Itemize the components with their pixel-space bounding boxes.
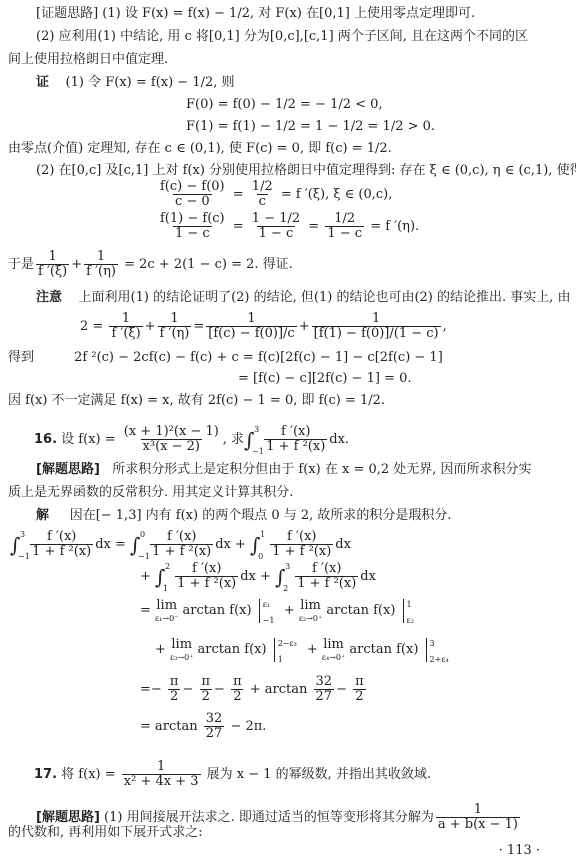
lim: lim <box>171 637 192 653</box>
numerator: f(1) − f(c) <box>158 212 227 226</box>
denominator: a + b(x − 1) <box>436 817 520 832</box>
numerator: π <box>353 675 366 689</box>
text: dx. <box>329 432 349 447</box>
text: 上面利用(1) 的结论证明了(2) 的结论, 但(1) 的结论也可由(2) 的结… <box>79 290 571 305</box>
text: (2) 在[0,c] 及[c,1] 上对 f(x) 分别使用拉格朗日中值定理得到… <box>36 163 576 178</box>
hint-line-3: 间上使用拉格朗日中值定理. <box>8 52 168 68</box>
integral-sign: ∫10 <box>250 535 264 555</box>
lim: lim <box>156 598 177 614</box>
text: (1) 令 F(x) = f(x) − 1/2, 则 <box>66 75 235 90</box>
fraction: f(1) − f(c)1 − c <box>158 212 227 241</box>
integral-sign: ∫21 <box>155 567 169 587</box>
text: arctan f(x) <box>198 642 267 657</box>
denominator: 1 − c <box>173 226 212 241</box>
numerator: f ′(x) <box>285 530 318 544</box>
text: arctan f(x) <box>349 642 418 657</box>
denominator: c − 0 <box>173 194 212 209</box>
hint-16-line-1: [解题思路] 所求积分形式上是定积分但由于 f(x) 在 x = 0,2 处无界… <box>36 462 532 478</box>
denominator: 27 <box>204 726 225 741</box>
solution-16-line: 解 因在[− 1,3] 内有 f(x) 的两个瑕点 0 与 2, 故所求的积分是… <box>36 508 452 524</box>
denominator: f ′(ξ) <box>109 326 142 341</box>
numerator: f ′(x) <box>190 562 223 576</box>
part2-line: (2) 在[0,c] 及[c,1] 上对 f(x) 分别使用拉格朗日中值定理得到… <box>36 163 576 179</box>
fraction: f ′(x)1 + f ²(x) <box>264 425 327 454</box>
denominator: [f(c) − f(0)]/c <box>206 326 296 341</box>
fraction: π2 <box>353 675 366 704</box>
lower: −1 <box>263 613 275 629</box>
numerator: 1/2 <box>250 180 275 194</box>
numerator: f ′(x) <box>45 530 78 544</box>
text: arctan f(x) <box>326 603 395 618</box>
text: 得到 <box>8 350 34 365</box>
numerator: 1/2 <box>332 212 357 226</box>
fraction: f(c) − f(0)c − 0 <box>158 180 227 209</box>
limit: limε₂→0⁺ <box>299 598 322 623</box>
denominator: 2 <box>353 689 365 704</box>
text: = 2c + 2(1 − c) = 2. 得证. <box>124 257 293 272</box>
text: dx <box>360 569 376 584</box>
denominator: 1 + f ²(x) <box>264 439 327 454</box>
problem-17: 17. 将 f(x) = 1x² + 4x + 3 展为 x − 1 的幂级数,… <box>34 760 431 789</box>
numerator: f ′(x) <box>165 530 198 544</box>
limit-sub: ε₄→0⁺ <box>322 653 345 662</box>
denominator: x² + 4x + 3 <box>122 774 201 789</box>
fraction: 1x² + 4x + 3 <box>122 760 201 789</box>
conclusion-line: 于是1f ′(ξ)+1f ′(η) = 2c + 2(1 − c) = 2. 得… <box>8 250 293 279</box>
denominator: 2 <box>200 689 212 704</box>
denominator: 1 + f ²(x) <box>175 576 238 591</box>
text: = [f(c) − c][2f(c) − 1] = 0. <box>238 371 411 386</box>
text: , 求 <box>223 432 244 447</box>
lower: 2+ε₄ <box>430 652 449 668</box>
hint-line-1: [证题思路] (1) 设 F(x) = f(x) − 1/2, 对 F(x) 在… <box>36 6 475 22</box>
text: 将 f(x) = <box>61 767 115 782</box>
fraction: 1a + b(x − 1) <box>436 803 520 832</box>
text: (1) 用间接展开法求之. 即通过适当的恒等变形将其分解为 <box>104 810 434 825</box>
fraction: 1f ′(ξ) <box>109 312 142 341</box>
numerator: 32 <box>314 675 335 689</box>
text: 间上使用拉格朗日中值定理. <box>8 52 168 67</box>
denominator: 27 <box>314 689 335 704</box>
text: F(1) = f(1) − 1/2 = 1 − 1/2 = 1/2 > 0. <box>186 119 435 134</box>
fraction: 1/2c <box>250 180 275 209</box>
integral-sign: ∫0−1 <box>130 535 144 555</box>
fraction: f ′(x)1 + f ²(x) <box>30 530 93 559</box>
numerator: 1 <box>245 312 257 326</box>
numerator: 1 <box>46 250 58 264</box>
numerator: π <box>168 675 181 689</box>
upper: 1 <box>407 597 412 613</box>
hint-label: [解题思路] <box>36 810 100 825</box>
text: 于是 <box>8 257 34 272</box>
text: 2 = <box>80 319 103 334</box>
final-remark-line: 因 f(x) 不一定满足 f(x) = x, 故有 2f(c) − 1 = 0,… <box>8 393 385 409</box>
fraction: 1[f(c) − f(0)]/c <box>206 312 296 341</box>
denominator: 2 <box>231 689 243 704</box>
note-line: 注意 上面利用(1) 的结论证明了(2) 的结论, 但(1) 的结论也可由(2)… <box>36 290 571 306</box>
numerator: 1 <box>472 803 484 817</box>
text: 质上是无界函数的反常积分. 用其定义计算其积分. <box>8 485 293 500</box>
text: arctan f(x) <box>183 603 252 618</box>
text: = f ′(η). <box>370 219 419 234</box>
denominator: f ′(η) <box>158 326 192 341</box>
denominator: c <box>257 194 268 209</box>
denominator: 1 + f ²(x) <box>295 576 358 591</box>
problem-16: 16. 设 f(x) = (x + 1)²(x − 1)x³(x − 2), 求… <box>34 425 349 454</box>
fraction: π2 <box>231 675 244 704</box>
fraction: 3227 <box>204 712 225 741</box>
derived-line-1: 得到 2f ²(c) − 2cf(c) − f(c) + c = f(c)[2f… <box>8 350 443 366</box>
numerator: f ′(x) <box>279 425 312 439</box>
hint-line-2: (2) 应利用(1) 中结论, 用 c 将[0,1] 分为[0,c],[c,1]… <box>36 29 528 45</box>
numerator: 32 <box>204 712 225 726</box>
text: dx <box>335 537 351 552</box>
limit-line-2: + limε₃→0⁺ arctan f(x) 2−ε₃1 + limε₄→0⁺ … <box>155 637 447 662</box>
text: 设 f(x) = <box>61 432 115 447</box>
numerator: (x + 1)²(x − 1) <box>122 425 221 439</box>
lim: lim <box>323 637 344 653</box>
numerator: 1 − 1/2 <box>250 212 302 226</box>
limit-line-1: = limε₁→0⁻ arctan f(x) ε₁−1 + limε₂→0⁺ a… <box>140 598 424 623</box>
equation-F0: F(0) = f(0) − 1/2 = − 1/2 < 0, <box>186 97 383 113</box>
result-line-2: = arctan 3227 − 2π. <box>140 712 266 741</box>
text: dx <box>215 537 231 552</box>
solution-label: 解 <box>36 508 49 523</box>
hint-16-line-2: 质上是无界函数的反常积分. 用其定义计算其积分. <box>8 485 293 501</box>
numerator: π <box>200 675 213 689</box>
integral-sign: ∫32 <box>275 567 289 587</box>
denominator: 1 − c <box>325 226 364 241</box>
fraction: 1f ′(η) <box>84 250 118 279</box>
limit: limε₁→0⁻ <box>155 598 178 623</box>
equation-note: 2 = 1f ′(ξ)+1f ′(η)=1[f(c) − f(0)]/c+1[f… <box>80 312 447 341</box>
fraction: π2 <box>168 675 181 704</box>
lim: lim <box>300 598 321 614</box>
proof-label: 证 <box>36 75 49 90</box>
fraction: f ′(x)1 + f ²(x) <box>150 530 213 559</box>
text: 因在[− 1,3] 内有 f(x) 的两个瑕点 0 与 2, 故所求的积分是瑕积… <box>70 508 452 523</box>
limit: limε₄→0⁺ <box>322 637 345 662</box>
limit-sub: ε₁→0⁻ <box>155 614 178 623</box>
denominator: f ′(ξ) <box>36 264 69 279</box>
numerator: f ′(x) <box>310 562 343 576</box>
fraction: 1f ′(ξ) <box>36 250 69 279</box>
limit-sub: ε₂→0⁺ <box>299 614 322 623</box>
text: F(0) = f(0) − 1/2 = − 1/2 < 0, <box>186 97 383 112</box>
equation-mvt-1: f(c) − f(0)c − 0 = 1/2c = f ′(ξ), ξ ∈ (0… <box>156 180 392 209</box>
lower: ε₂ <box>407 613 414 629</box>
proof-line-1: 证 (1) 令 F(x) = f(x) − 1/2, 则 <box>36 75 235 91</box>
denominator: 1 + f ²(x) <box>270 544 333 559</box>
numerator: π <box>231 675 244 689</box>
hint-label: [解题思路] <box>36 462 100 477</box>
denominator: [f(1) − f(0)]/(1 − c) <box>312 326 441 341</box>
equation-mvt-2: f(1) − f(c)1 − c = 1 − 1/21 − c = 1/21 −… <box>156 212 419 241</box>
integral-split-line-1: ∫3−1 f ′(x)1 + f ²(x)dx = ∫0−1 f ′(x)1 +… <box>10 530 351 559</box>
upper: ε₁ <box>263 597 270 613</box>
denominator: 2 <box>168 689 180 704</box>
lower: 1 <box>278 652 283 668</box>
fraction: f ′(x)1 + f ²(x) <box>295 562 358 591</box>
evaluation-bar: ε₁−1 <box>259 599 280 623</box>
text: 展为 x − 1 的幂级数, 并指出其收敛域. <box>207 767 431 782</box>
text: 由零点(介值) 定理知, 存在 c ∈ (0,1), 使 F(c) = 0, 即… <box>8 141 392 156</box>
denominator: 1 + f ²(x) <box>30 544 93 559</box>
text: 的代数和, 再利用如下展开式求之: <box>8 825 203 840</box>
fraction: 1[f(1) − f(0)]/(1 − c) <box>312 312 441 341</box>
text: dx <box>240 569 256 584</box>
denominator: 1 − c <box>257 226 296 241</box>
derived-line-2: = [f(c) − c][2f(c) − 1] = 0. <box>238 371 411 387</box>
page-number: · 113 · <box>499 843 540 858</box>
limit: limε₃→0⁺ <box>170 637 193 662</box>
zero-theorem-line: 由零点(介值) 定理知, 存在 c ∈ (0,1), 使 F(c) = 0, 即… <box>8 141 392 157</box>
equation-F1: F(1) = f(1) − 1/2 = 1 − 1/2 = 1/2 > 0. <box>186 119 435 135</box>
note-label: 注意 <box>36 290 62 305</box>
denominator: 1 + f ²(x) <box>150 544 213 559</box>
numerator: f(c) − f(0) <box>158 180 227 194</box>
integral-sign: ∫3−1 <box>10 535 24 555</box>
numerator: 1 <box>95 250 107 264</box>
text: − 2π. <box>230 719 266 734</box>
text: 因 f(x) 不一定满足 f(x) = x, 故有 2f(c) − 1 = 0,… <box>8 393 385 408</box>
numerator: 1 <box>168 312 180 326</box>
text: 2f ²(c) − 2cf(c) − f(c) + c = f(c)[2f(c)… <box>74 350 443 365</box>
text: 所求积分形式上是定积分但由于 f(x) 在 x = 0,2 处无界, 因而所求积… <box>112 462 531 477</box>
problem-number: 16. <box>34 432 57 447</box>
upper: 2−ε₃ <box>278 636 297 652</box>
text: = arctan <box>140 719 198 734</box>
evaluation-bar: 32+ε₄ <box>426 638 447 662</box>
text: + arctan <box>250 682 308 697</box>
numerator: 1 <box>155 760 167 774</box>
fraction: 3227 <box>314 675 335 704</box>
denominator: f ′(η) <box>84 264 118 279</box>
upper: 3 <box>430 636 435 652</box>
fraction: f ′(x)1 + f ²(x) <box>175 562 238 591</box>
fraction: f ′(x)1 + f ²(x) <box>270 530 333 559</box>
fraction: (x + 1)²(x − 1)x³(x − 2) <box>122 425 221 454</box>
text: (2) 应利用(1) 中结论, 用 c 将[0,1] 分为[0,c],[c,1]… <box>36 29 528 44</box>
fraction: 1f ′(η) <box>158 312 192 341</box>
result-line-1: =− π2− π2− π2 + arctan 3227− π2 <box>140 675 368 704</box>
text: [证题思路] (1) 设 F(x) = f(x) − 1/2, 对 F(x) 在… <box>36 6 475 21</box>
fraction: 1/21 − c <box>325 212 364 241</box>
numerator: 1 <box>370 312 382 326</box>
text: dx <box>95 537 111 552</box>
numerator: 1 <box>120 312 132 326</box>
fraction: π2 <box>200 675 213 704</box>
fraction: 1 − 1/21 − c <box>250 212 302 241</box>
integral-sign: ∫3−1 <box>244 430 258 450</box>
problem-number: 17. <box>34 767 57 782</box>
evaluation-bar: 1ε₂ <box>403 599 424 623</box>
denominator: x³(x − 2) <box>141 439 202 454</box>
integral-split-line-2: + ∫21 f ′(x)1 + f ²(x)dx + ∫32 f ′(x)1 +… <box>140 562 376 591</box>
evaluation-bar: 2−ε₃1 <box>274 638 303 662</box>
hint-17-line-2: 的代数和, 再利用如下展开式求之: <box>8 825 203 841</box>
text: = f ′(ξ), ξ ∈ (0,c), <box>281 187 393 202</box>
limit-sub: ε₃→0⁺ <box>170 653 193 662</box>
